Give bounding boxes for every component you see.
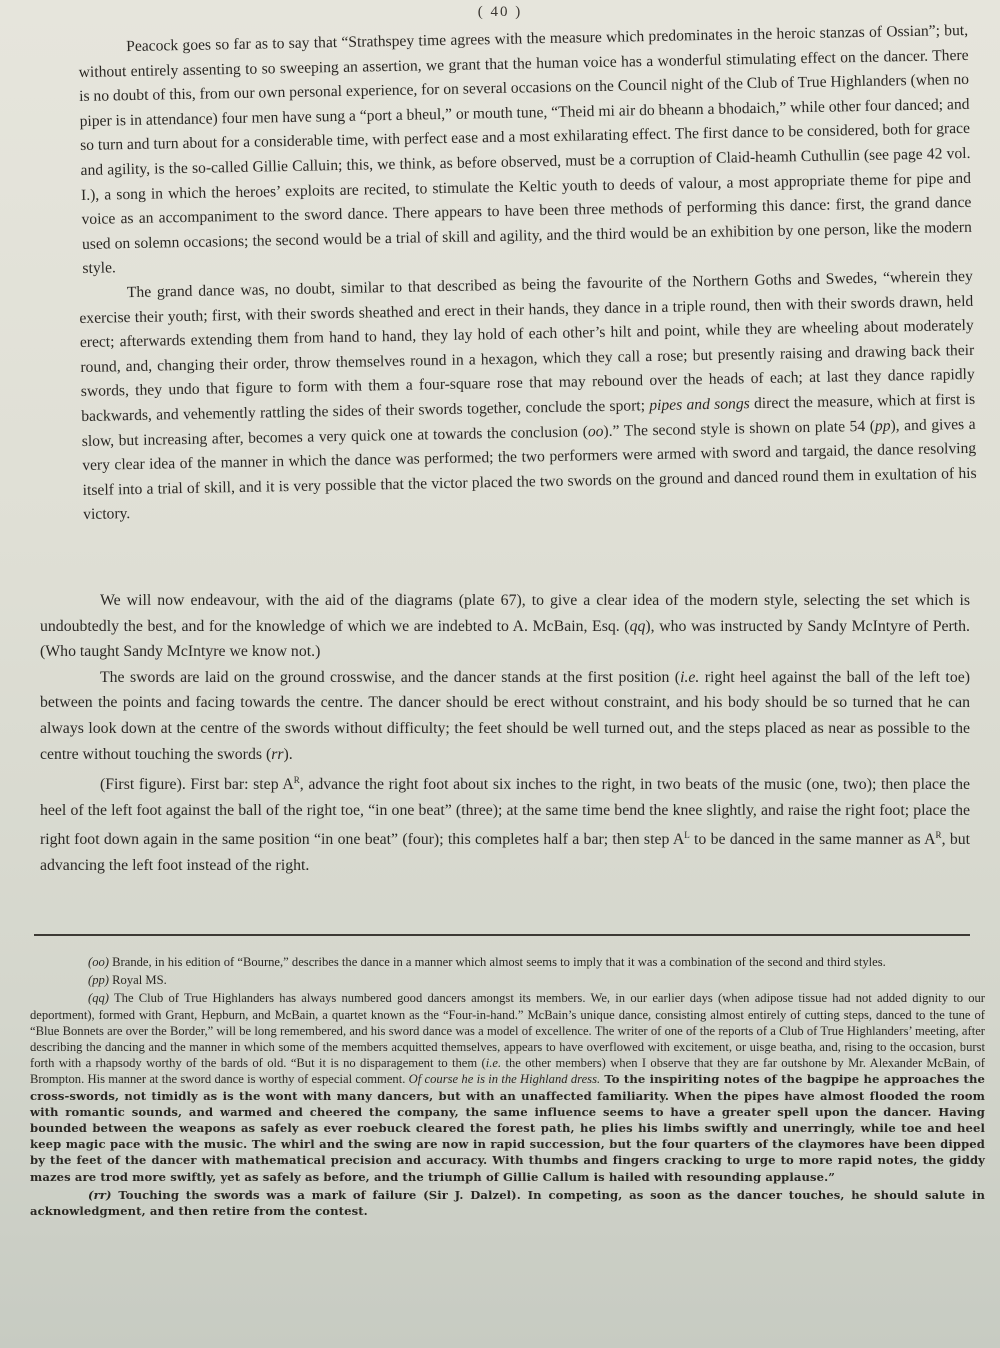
footnote-mark: (pp) [88,973,109,987]
text-segment: (First figure). First bar: step A [100,776,294,793]
page-number: ( 40 ) [0,4,1000,21]
body-text-lower: We will now endeavour, with the aid of t… [40,588,970,879]
paragraph-first-figure: (First figure). First bar: step AR, adva… [40,768,970,878]
footnote-pp: (pp) Royal MS. [30,972,985,988]
footnote-qq: (qq) The Club of True Highlanders has al… [30,990,985,1184]
footnote-ref-qq[interactable]: qq [630,618,646,635]
footnote-text: Touching the swords was a mark of failur… [30,1188,985,1218]
italic-phrase: Of course he is in the Highland dress. [409,1072,600,1086]
text-segment: ). [284,746,293,763]
italic-phrase: i.e. [680,669,699,686]
footnote-text: Royal MS. [112,973,167,987]
text-segment: ).” The second style is shown on plate 5… [603,417,875,439]
text-segment: to be danced in the same manner as A [690,831,936,848]
text-segment: The swords are laid on the ground crossw… [100,669,680,686]
footnote-oo: (oo) Brande, in his edition of “Bourne,”… [30,954,985,970]
footnote-text: Brande, in his edition of “Bourne,” desc… [112,955,886,969]
footnote-rr: (rr) Touching the swords was a mark of f… [30,1187,985,1219]
paragraph-modern-style: We will now endeavour, with the aid of t… [40,588,970,665]
paragraph-peacock: Peacock goes so far as to say that “Stra… [78,19,973,282]
footnote-mark: (rr) [88,1188,112,1202]
paragraph-swords-laid: The swords are laid on the ground crossw… [40,665,970,767]
footnote-mark: (oo) [88,955,109,969]
italic-phrase: pipes and songs [649,395,750,414]
italic-phrase: i.e. [486,1056,501,1070]
footnote-ref-pp[interactable]: pp [875,417,891,434]
footnote-text-quote: To the inspiriting notes of the bagpipe … [30,1072,985,1183]
body-text-upper: Peacock goes so far as to say that “Stra… [78,19,977,528]
footnote-ref-oo[interactable]: oo [588,422,604,439]
book-page: ( 40 ) Peacock goes so far as to say tha… [0,0,1000,1348]
footnote-ref-rr[interactable]: rr [271,746,283,763]
paragraph-grand-dance: The grand dance was, no doubt, similar t… [79,265,978,528]
footnotes: (oo) Brande, in his edition of “Bourne,”… [30,954,985,1221]
footnote-divider [34,934,970,936]
footnote-mark: (qq) [88,991,109,1005]
